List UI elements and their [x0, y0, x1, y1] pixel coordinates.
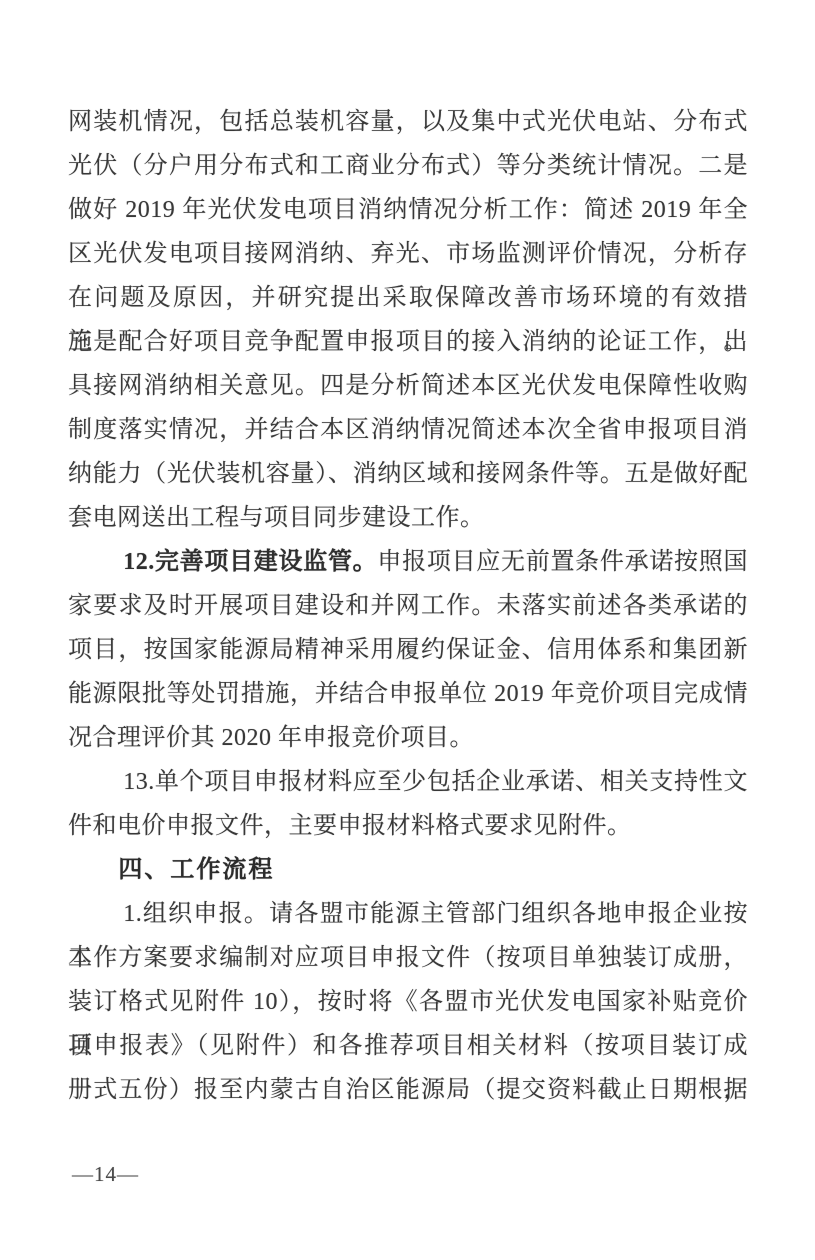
- text-line: 能源限批等处罚措施，并结合申报单位 2019 年竞价项目完成情: [68, 672, 748, 716]
- text-line: 工作方案要求编制对应项目申报文件（按项目单独装订成册，: [68, 936, 748, 980]
- text-line: 光伏（分户用分布式和工商业分布式）等分类统计情况。二是: [68, 144, 748, 188]
- text-line-paragraph-end: 件和电价申报文件，主要申报材料格式要求见附件。: [68, 804, 748, 848]
- item-12-body: 申报项目应无前置条件承诺按照国: [377, 549, 748, 575]
- text-line-paragraph-end: 况合理评价其 2020 年申报竞价项目。: [68, 716, 748, 760]
- text-line-item-13: 13.单个项目申报材料应至少包括企业承诺、相关支持性文: [68, 760, 748, 804]
- text-line: 项目，按国家能源局精神采用履约保证金、信用体系和集团新: [68, 628, 748, 672]
- text-line: 三是配合好项目竞争配置申报项目的接入消纳的论证工作，出: [68, 320, 748, 364]
- item-12-lead: 12.完善项目建设监管。: [123, 549, 377, 575]
- text-line: 制度落实情况，并结合本区消纳情况简述本次全省申报项目消: [68, 408, 748, 452]
- text-line: 在问题及原因，并研究提出采取保障改善市场环境的有效措施。: [68, 276, 748, 320]
- text-line: 一式五份）报至内蒙古自治区能源局（提交资料截止日期根据: [68, 1068, 748, 1112]
- text-line: 纳能力（光伏装机容量）、消纳区域和接网条件等。五是做好配: [68, 452, 748, 496]
- scanned-document-page: 网装机情况，包括总装机容量，以及集中式光伏电站、分布式 光伏（分户用分布式和工商…: [0, 0, 815, 1260]
- page-number: —14—: [72, 1162, 139, 1187]
- text-line: 做好 2019 年光伏发电项目消纳情况分析工作：简述 2019 年全: [68, 188, 748, 232]
- text-line: 装订格式见附件 10），按时将《各盟市光伏发电国家补贴竞价项: [68, 980, 748, 1024]
- text-line-item-12: 12.完善项目建设监管。申报项目应无前置条件承诺按照国: [68, 540, 748, 584]
- text-line: 具接网消纳相关意见。四是分析简述本区光伏发电保障性收购: [68, 364, 748, 408]
- text-line: 目申报表》（见附件）和各推荐项目相关材料（按项目装订成册，: [68, 1024, 748, 1068]
- text-line-item-1: 1.组织申报。请各盟市能源主管部门组织各地申报企业按本: [68, 892, 748, 936]
- text-line: 区光伏发电项目接网消纳、弃光、市场监测评价情况，分析存: [68, 232, 748, 276]
- text-line: 网装机情况，包括总装机容量，以及集中式光伏电站、分布式: [68, 100, 748, 144]
- document-text-block: 网装机情况，包括总装机容量，以及集中式光伏电站、分布式 光伏（分户用分布式和工商…: [68, 100, 748, 1112]
- section-heading-workflow: 四、工作流程: [68, 848, 748, 892]
- text-line: 家要求及时开展项目建设和并网工作。未落实前述各类承诺的: [68, 584, 748, 628]
- text-line-paragraph-end: 套电网送出工程与项目同步建设工作。: [68, 496, 748, 540]
